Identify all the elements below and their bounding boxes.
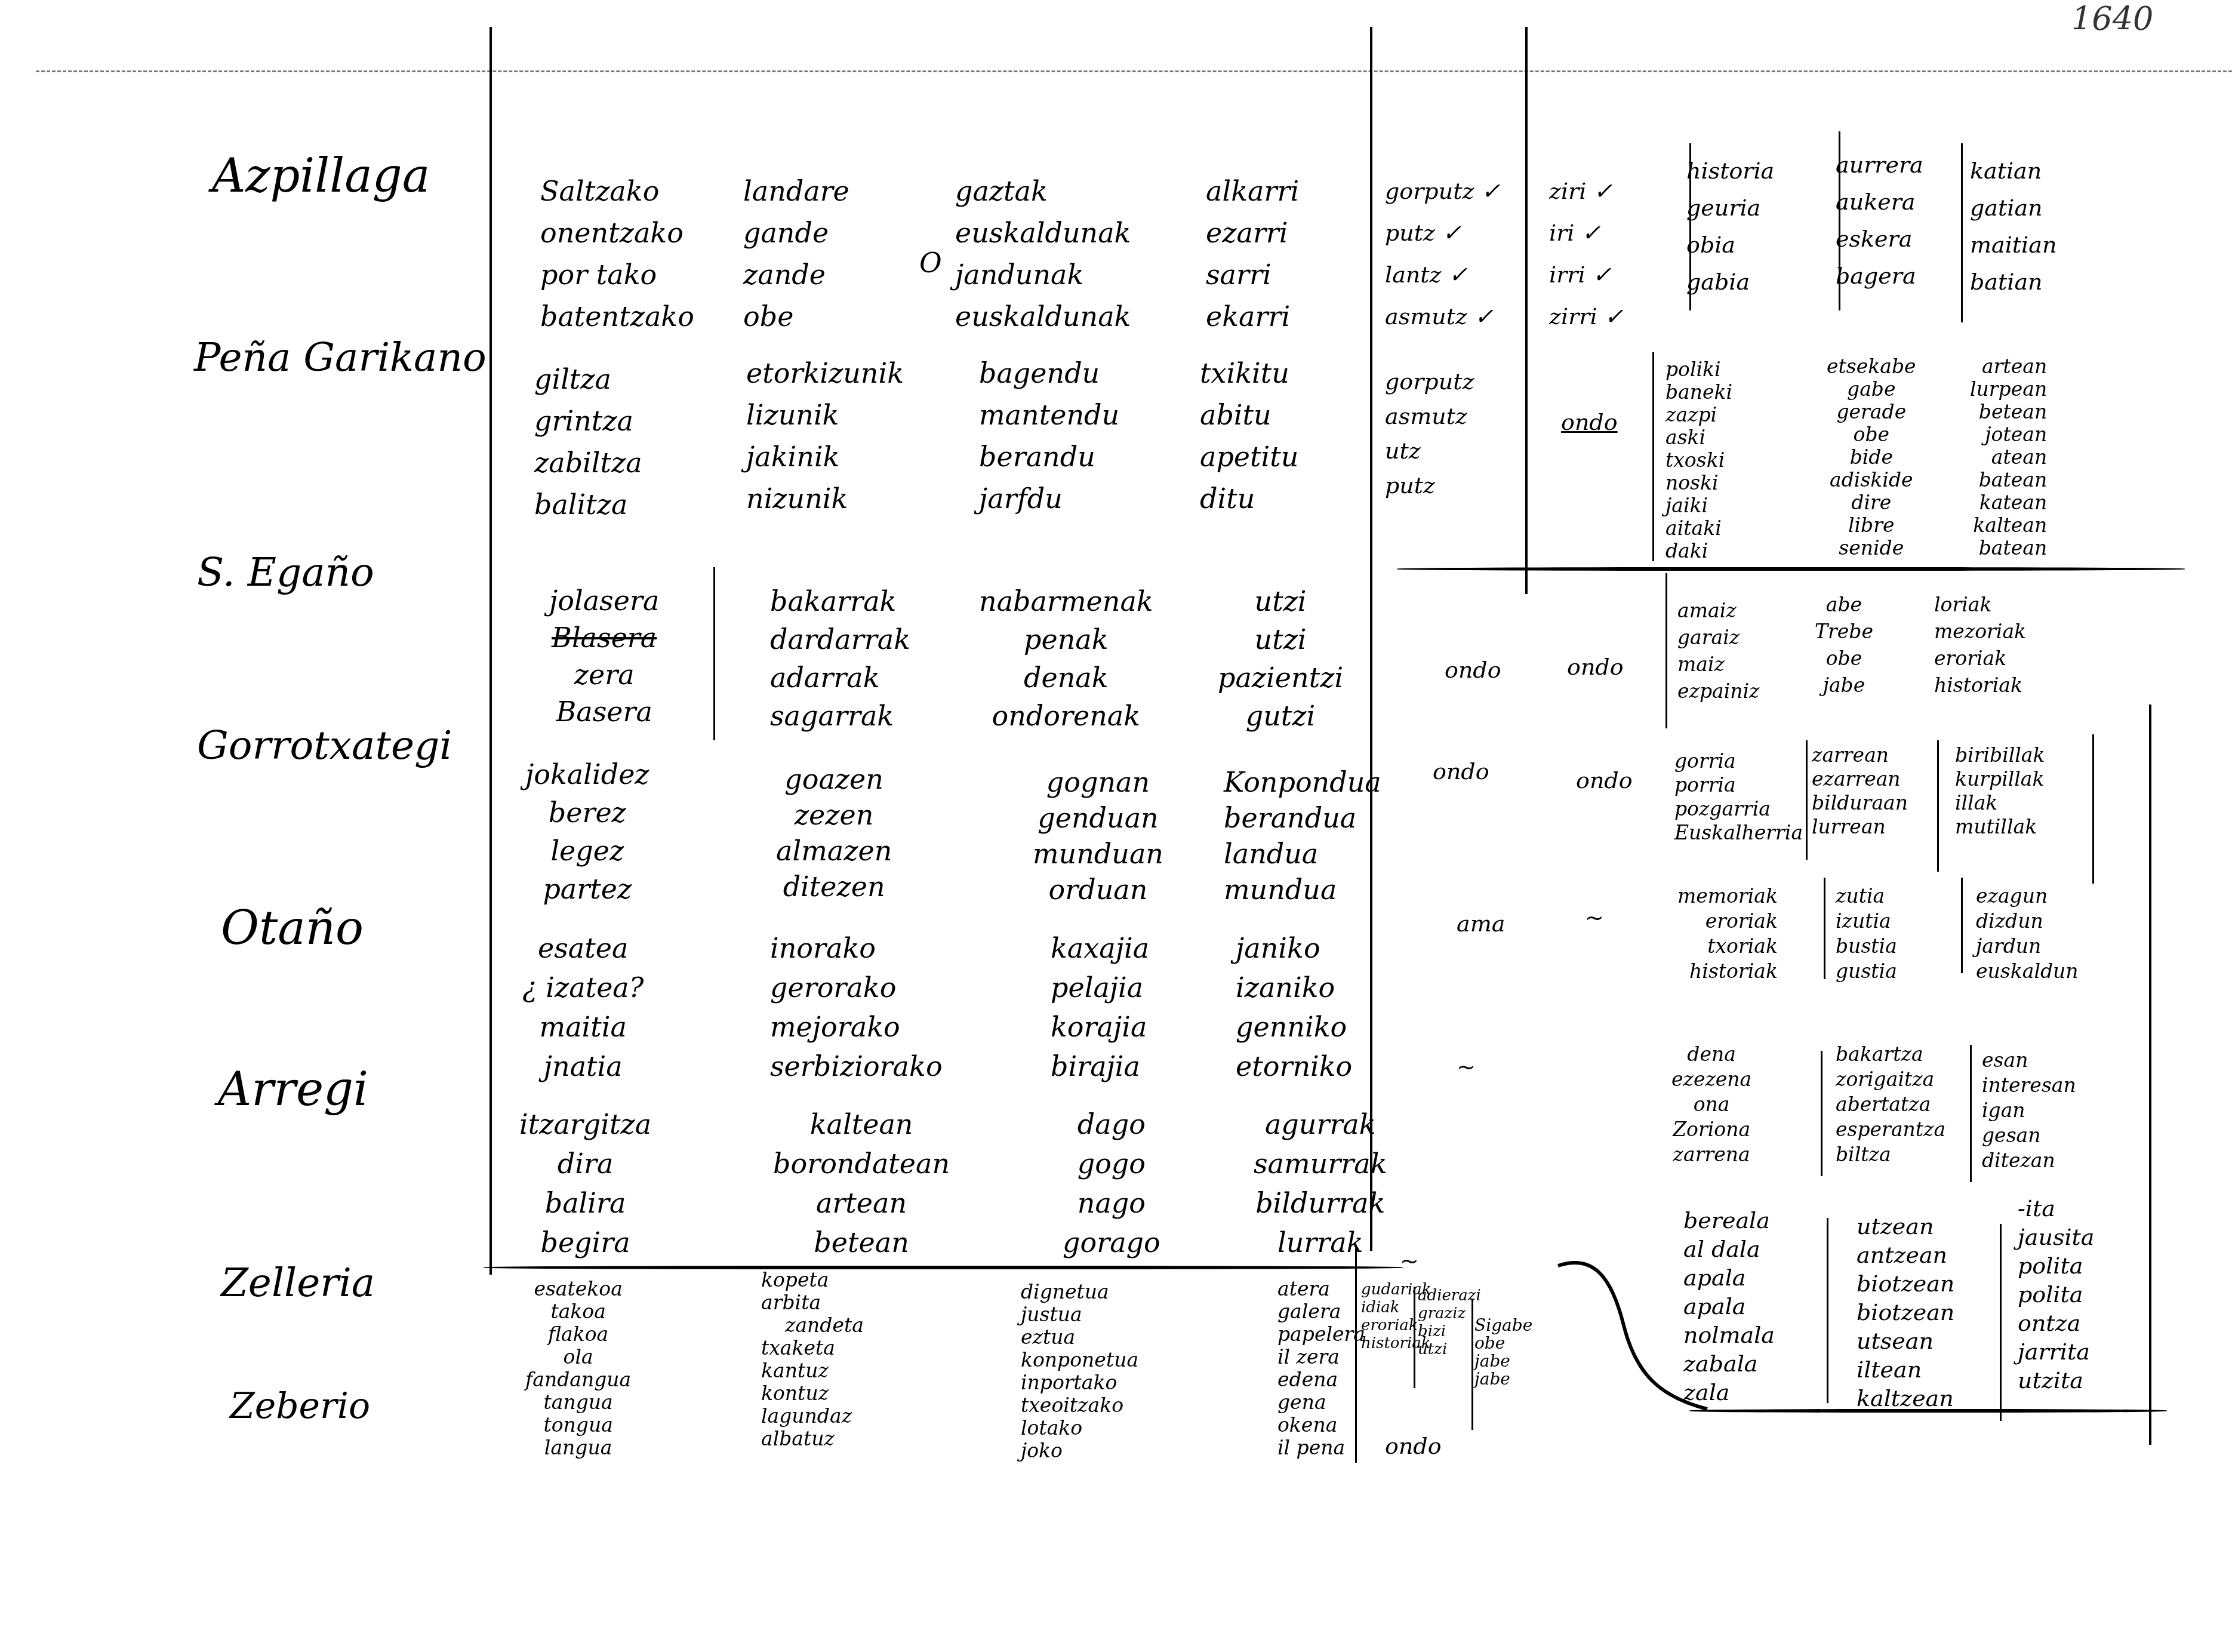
word: ekarri (1206, 296, 1299, 337)
pena-col-4: txikitu abitu apetitu ditu (1200, 352, 1298, 519)
word: tangua (544, 1391, 613, 1414)
zeberio-ondo: ondo (1385, 1430, 1442, 1462)
word: mutillak (1955, 815, 2045, 839)
word: eskera (1836, 220, 1923, 257)
zelleria-right-2: utzean antzean biotzean biotzean utsean … (1857, 1212, 1954, 1413)
word: kontuz (761, 1382, 864, 1405)
word: grintza (534, 400, 642, 442)
section-divider-right (1397, 567, 2185, 571)
pena-right-divider (1652, 352, 1654, 561)
word: abitu (1200, 394, 1298, 436)
word: biribillak (1955, 743, 2045, 767)
word: zandeta (761, 1314, 864, 1337)
word: zutia (1836, 884, 1897, 909)
word: batean (1979, 469, 2048, 491)
word: kantuz (761, 1359, 864, 1382)
word: jausita (2018, 1223, 2095, 1251)
zelleria-small-c: Sigabe obe jabe jabe (1474, 1316, 1532, 1388)
pena-right-2: etsekabe gabe gerade obe bide adiskide d… (1827, 355, 1916, 559)
zelleria-col-2: kopeta arbita zandeta txaketa kantuz kon… (761, 1269, 864, 1450)
word: batentzako (540, 296, 694, 337)
author-azpillaga: Azpillaga (212, 149, 430, 203)
word: abe (1826, 591, 1862, 618)
azpillaga-right-2: aurrera aukera eskera bagera (1836, 146, 1923, 294)
word: senide (1839, 537, 1904, 559)
word: zera (574, 656, 635, 693)
word: katean (1979, 491, 2047, 514)
word: zabiltza (534, 442, 642, 484)
word: gaztak (955, 170, 1131, 212)
word: jabe (1474, 1352, 1532, 1370)
word: gerade (1836, 401, 1906, 423)
word: jokalidez (525, 755, 649, 793)
word: lurpean (1970, 378, 2047, 401)
word: -ita (2018, 1194, 2095, 1223)
word: utzi (1255, 620, 1307, 659)
word: inorako (770, 928, 943, 968)
word: bilduraan (1812, 791, 1908, 815)
zelleria-divider-3 (1471, 1299, 1473, 1430)
word: ezpainiz (1677, 678, 1759, 705)
word: bide (1850, 446, 1893, 469)
word: zarrena (1673, 1142, 1750, 1167)
arregi-col-3: dago gogo nago gorago (1063, 1105, 1160, 1262)
word: al dala (1683, 1235, 1775, 1263)
pena-right-1: poliki baneki zazpi aski txoski noski ja… (1665, 358, 1732, 562)
word: txoriak (1707, 934, 1778, 959)
word: biotzean (1857, 1269, 1954, 1298)
word: utzita (2018, 1366, 2095, 1395)
azpillaga-col-2: landare gande zande obe (743, 170, 849, 337)
otano-right-2: zutia izutia bustia gustia (1836, 884, 1897, 984)
word: izutia (1836, 909, 1897, 934)
arregi-col-4: agurrak samurrak bildurrak lurrak (1254, 1105, 1387, 1262)
word: apala (1683, 1292, 1775, 1321)
word: dizdun (1976, 909, 2079, 934)
word: ziri ✓ (1549, 170, 1624, 212)
word: gatian (1970, 189, 2056, 226)
word: ditezan (1982, 1148, 2076, 1173)
egano-col-2: bakarrak dardarrak adarrak sagarrak (770, 582, 910, 735)
word: ditezen (783, 869, 885, 905)
word: almazen (776, 833, 892, 869)
pena-right-3: artean lurpean betean jotean atean batea… (1970, 355, 2047, 559)
otano-col-3: kaxajia pelajia korajia birajia (1051, 928, 1149, 1086)
word: takoa (550, 1300, 605, 1323)
author-egano: S. Egaño (197, 549, 374, 595)
arregi-right-1: dena ezezena ona Zoriona zarrena (1671, 1042, 1751, 1167)
word: jotean (1985, 423, 2047, 446)
egano-col-1: jolasera Blasera zera Basera (549, 582, 659, 730)
zelleria-right-divider-2 (2000, 1224, 2002, 1421)
word: maitia (540, 1007, 627, 1047)
otano-col-1: esatea ¿ izatea? maitia jnatia (522, 928, 644, 1086)
word: jabe (1474, 1370, 1532, 1388)
word: tongua (543, 1414, 612, 1436)
zelleria-col-3: dignetua justua eztua konponetua inporta… (1021, 1281, 1138, 1462)
gorrotxategi-col-1: jokalidez berez legez partez (525, 755, 649, 908)
word: txeoitzako (1021, 1394, 1138, 1417)
word: apala (1683, 1263, 1775, 1292)
word: adiskide (1830, 469, 1913, 491)
azpillaga-right-3: katian gatian maitian batian (1970, 152, 2056, 300)
word: irri ✓ (1549, 254, 1624, 296)
word: polita (2018, 1280, 2095, 1309)
gorrotxategi-ondo-a: ondo (1433, 755, 1489, 787)
word: loriak (1934, 591, 2026, 618)
word: lagundaz (761, 1405, 864, 1428)
egano-ondo-b: ondo (1567, 651, 1624, 683)
word: por tako (540, 254, 694, 296)
word: edena (1277, 1368, 1365, 1391)
otano-right-1: memoriak eroriak txoriak historiak (1677, 884, 1778, 984)
word: flakoa (548, 1323, 608, 1346)
word: aurrera (1836, 146, 1923, 183)
word: goazen (784, 761, 883, 797)
zelleria-col-4: atera galera papelera il zera edena gena… (1277, 1278, 1365, 1459)
egano-right-2: abe Trebe obe jabe (1815, 591, 1873, 699)
word: janiko (1236, 928, 1352, 968)
word: memoriak (1677, 884, 1778, 909)
otano-right-divider-1 (1824, 878, 1825, 979)
arregi-col-2: kaltean borondatean artean betean (773, 1105, 950, 1262)
word: Konpondua (1224, 764, 1381, 800)
egano-col-3: nabarmenak penak denak ondorenak (979, 582, 1153, 735)
word: gorago (1063, 1223, 1160, 1262)
gorrotxategi-ondo-b: ondo (1576, 764, 1633, 796)
zelleria-col-1: esatekoa takoa flakoa ola fandangua tang… (525, 1278, 631, 1459)
gorrotxategi-right-divider-1 (1806, 740, 1808, 860)
word: Trebe (1815, 618, 1873, 645)
word: jnatia (544, 1047, 623, 1086)
word: nabarmenak (979, 582, 1153, 620)
word: gorria (1674, 749, 1803, 773)
word: kaltean (810, 1105, 913, 1144)
word: landua (1224, 836, 1381, 872)
word: geuria (1686, 189, 1774, 226)
word: eroriak (1705, 909, 1778, 934)
word: nolmala (1683, 1321, 1775, 1349)
word: Zoriona (1673, 1117, 1750, 1142)
word: aukera (1836, 183, 1923, 220)
word: gabia (1686, 263, 1774, 300)
word: porria (1674, 773, 1803, 797)
word: daki (1665, 540, 1732, 562)
word: maiz (1677, 651, 1759, 678)
word: gande (743, 212, 849, 254)
word: iltean (1857, 1355, 1954, 1384)
word: obia (1686, 226, 1774, 263)
word: borondatean (773, 1144, 950, 1183)
word: gesan (1982, 1123, 2076, 1148)
word: birajia (1051, 1047, 1149, 1086)
right-edge-divider (2149, 705, 2151, 1445)
word: jarrita (2018, 1337, 2095, 1366)
zelleria-mark: ~ (1400, 1245, 1419, 1277)
word: ondorenak (992, 697, 1141, 735)
word: galera (1277, 1300, 1365, 1323)
word: sarri (1206, 254, 1299, 296)
word: esatea (538, 928, 628, 968)
word: euskaldunak (955, 212, 1131, 254)
word: bagendu (979, 352, 1119, 394)
word: berandua (1224, 800, 1381, 836)
azpillaga-marker: O (919, 245, 942, 281)
azpillaga-col-1: Saltzako onentzako por tako batentzako (540, 170, 694, 337)
azpillaga-col-4: alkarri ezarri sarri ekarri (1206, 170, 1299, 337)
word: aitaki (1665, 517, 1732, 540)
arregi-mark: ~ (1457, 1051, 1476, 1083)
main-middle-divider (1370, 27, 1372, 1251)
word: ditu (1200, 478, 1298, 519)
word: mezoriak (1934, 618, 2026, 645)
word-struck: Blasera (552, 619, 657, 656)
word: gorputz (1385, 364, 1474, 399)
word: jaiki (1665, 494, 1732, 517)
word: etsekabe (1827, 355, 1916, 378)
pena-ondo: ondo (1561, 406, 1618, 438)
word: betean (1979, 401, 2047, 423)
word: illak (1955, 791, 2045, 815)
word: gena (1277, 1391, 1365, 1414)
word: zezen (795, 797, 874, 833)
word: biotzean (1857, 1298, 1954, 1327)
word: kopeta (761, 1269, 864, 1291)
word: ola (564, 1346, 593, 1368)
word: zarrean (1812, 743, 1908, 767)
word: dardarrak (770, 620, 910, 659)
word: orduan (1049, 872, 1148, 907)
word: balira (545, 1183, 626, 1223)
word: kaltean (1973, 514, 2047, 537)
word: berez (549, 793, 626, 832)
word: bustia (1836, 934, 1897, 959)
word: munduan (1033, 836, 1163, 872)
arregi-right-divider-1 (1821, 1051, 1822, 1176)
word: zirri ✓ (1549, 296, 1624, 337)
gorrotxategi-right-divider-2 (1937, 740, 1939, 872)
word: lurrak (1277, 1223, 1363, 1262)
azpillaga-rhyme-b: ziri ✓ iri ✓ irri ✓ zirri ✓ (1549, 170, 1624, 337)
word: kurpillak (1955, 767, 2045, 791)
arregi-right-2: bakartza zorigaitza abertatza esperantza… (1836, 1042, 1945, 1167)
word: euskaldun (1976, 959, 2079, 984)
word: apetitu (1200, 436, 1298, 478)
word: mundua (1224, 872, 1381, 907)
pena-col-2: etorkizunik lizunik jakinik nizunik (746, 352, 904, 519)
arregi-right-divider-2 (1970, 1045, 1972, 1182)
zelleria-divider-1 (1355, 1248, 1357, 1463)
gorrotxategi-right-2: zarrean ezarrean bilduraan lurrean (1812, 743, 1908, 839)
otano-mark-b: ~ (1585, 902, 1604, 934)
word: utzi (1255, 582, 1307, 620)
word: serbiziorako (770, 1047, 943, 1086)
word: jabe (1823, 672, 1865, 699)
word: albatuz (761, 1428, 864, 1450)
word: Basera (556, 693, 652, 730)
word: noski (1665, 472, 1732, 494)
word: artean (816, 1183, 907, 1223)
gorrotxategi-right-1: gorria porria pozgarria Euskalherria (1674, 749, 1803, 845)
word: zazpi (1665, 404, 1732, 426)
word: bildurrak (1255, 1183, 1385, 1223)
word: denak (1024, 659, 1109, 697)
word: txikitu (1200, 352, 1298, 394)
word: begira (540, 1223, 630, 1262)
word: joko (1021, 1439, 1138, 1462)
author-otano: Otaño (221, 902, 364, 955)
zelleria-right-3: -ita jausita polita polita ontza jarrita… (2018, 1194, 2095, 1395)
word: gabe (1847, 378, 1895, 401)
zelleria-right-divider-1 (1827, 1218, 1828, 1403)
word: jolasera (549, 582, 659, 619)
word: izaniko (1236, 968, 1352, 1007)
word: esperantza (1836, 1117, 1945, 1142)
word: samurrak (1254, 1144, 1387, 1183)
word: artean (1982, 355, 2047, 378)
word: Euskalherria (1674, 821, 1803, 845)
word: abertatza (1836, 1092, 1945, 1117)
word: euskaldunak (955, 296, 1131, 337)
gorrotxategi-col-2: goazen zezen almazen ditezen (776, 761, 892, 905)
word: zorigaitza (1836, 1067, 1945, 1092)
word: dira (558, 1144, 614, 1183)
word: ona (1694, 1092, 1730, 1117)
word: partez (543, 870, 632, 908)
word: jandunak (955, 254, 1131, 296)
word: berandu (979, 436, 1119, 478)
word: lotako (1021, 1417, 1138, 1439)
page-number: 1640 (2071, 0, 2153, 38)
word: Sigabe (1474, 1316, 1532, 1334)
word: arbita (761, 1291, 864, 1314)
word: ezarri (1206, 212, 1299, 254)
word: biltza (1836, 1142, 1945, 1167)
word: dena (1687, 1042, 1736, 1067)
word: eroriak (1934, 645, 2026, 672)
word: pelajia (1051, 968, 1149, 1007)
word: libre (1848, 514, 1895, 537)
inner-divider (1525, 27, 1528, 594)
word: dignetua (1021, 1281, 1138, 1303)
word: legez (550, 832, 624, 870)
word: papelera (1277, 1323, 1365, 1346)
egano-right-1: amaiz garaiz maiz ezpainiz (1677, 597, 1759, 705)
word: okena (1277, 1414, 1365, 1436)
word: dire (1851, 491, 1891, 514)
word: sagarrak (770, 697, 910, 735)
word: mejorako (770, 1007, 943, 1047)
word: antzean (1857, 1241, 1954, 1269)
word: agurrak (1265, 1105, 1376, 1144)
word: iri ✓ (1549, 212, 1624, 254)
word: giltza (534, 358, 642, 400)
word: garaiz (1677, 624, 1759, 651)
word: obe (743, 296, 849, 337)
word: ezagun (1976, 884, 2079, 909)
word: ezezena (1671, 1067, 1751, 1092)
word: zala (1683, 1378, 1775, 1407)
word: lizunik (746, 394, 904, 436)
word: genniko (1236, 1007, 1352, 1047)
word: bakartza (1836, 1042, 1945, 1067)
zelleria-right-1: bereala al dala apala apala nolmala zaba… (1683, 1206, 1775, 1407)
word: bagera (1836, 257, 1923, 294)
word: historiak (1934, 672, 2026, 699)
otano-col-2: inorako gerorako mejorako serbiziorako (770, 928, 943, 1086)
word: jarfdu (979, 478, 1119, 519)
word: etorniko (1236, 1047, 1352, 1086)
egano-right-3: loriak mezoriak eroriak historiak (1934, 591, 2026, 699)
word: utz (1385, 433, 1474, 468)
gorrotxategi-right-divider-3 (2092, 734, 2094, 884)
word: lantz ✓ (1385, 254, 1500, 296)
otano-right-divider-2 (1961, 878, 1963, 973)
word: obe (1854, 423, 1890, 446)
word: obe (1826, 645, 1862, 672)
word: justua (1021, 1303, 1138, 1326)
word: gutzi (1246, 697, 1316, 735)
pena-rhyme-a: gorputz asmutz utz putz (1385, 364, 1474, 503)
word: bereala (1683, 1206, 1775, 1235)
zelleria-divider-2 (1414, 1287, 1415, 1388)
word: bakarrak (770, 582, 910, 620)
word: atera (1277, 1278, 1365, 1300)
word: nago (1077, 1183, 1146, 1223)
azpillaga-right-divider-3 (1961, 143, 1963, 322)
word: putz (1385, 468, 1474, 503)
word: alkarri (1206, 170, 1299, 212)
author-gorrotxategi: Gorrotxategi (197, 722, 452, 768)
azpillaga-rhyme-a: gorputz ✓ putz ✓ lantz ✓ asmutz ✓ (1385, 170, 1500, 337)
word: asmutz (1385, 399, 1474, 433)
word: putz ✓ (1385, 212, 1500, 254)
top-divider (36, 70, 2232, 72)
main-left-divider (489, 27, 492, 1275)
author-arregi: Arregi (218, 1063, 368, 1116)
word: etorkizunik (746, 352, 904, 394)
word: pozgarria (1674, 797, 1803, 821)
word: ontza (2018, 1309, 2095, 1337)
egano-ondo-a: ondo (1445, 654, 1501, 686)
egano-col-4: utzi utzi pazientzi gutzi (1218, 582, 1343, 735)
egano-divider (713, 567, 715, 740)
word: ¿ izatea? (522, 968, 644, 1007)
word: il pena (1277, 1436, 1365, 1459)
word: onentzako (540, 212, 694, 254)
word: interesan (1982, 1073, 2076, 1098)
word: dago (1077, 1105, 1146, 1144)
arregi-col-1: itzargitza dira balira begira (519, 1105, 651, 1262)
gorrotxategi-col-4: Konpondua berandua landua mundua (1224, 764, 1381, 907)
word: pazientzi (1218, 659, 1343, 697)
word: historia (1686, 152, 1774, 189)
word: batian (1970, 263, 2056, 300)
word: il zera (1277, 1346, 1365, 1368)
gorrotxategi-col-3: gognan genduan munduan orduan (1033, 764, 1163, 907)
word: amaiz (1677, 597, 1759, 624)
word: penak (1024, 620, 1109, 659)
word: poliki (1665, 358, 1732, 381)
azpillaga-col-3: gaztak euskaldunak jandunak euskaldunak (955, 170, 1131, 337)
word: zabala (1683, 1349, 1775, 1378)
word: esan (1982, 1048, 2076, 1073)
word: utsean (1857, 1327, 1954, 1355)
word: kaxajia (1051, 928, 1149, 968)
word: gogo (1077, 1144, 1146, 1183)
word: batean (1979, 537, 2048, 559)
word: jardun (1976, 934, 2079, 959)
